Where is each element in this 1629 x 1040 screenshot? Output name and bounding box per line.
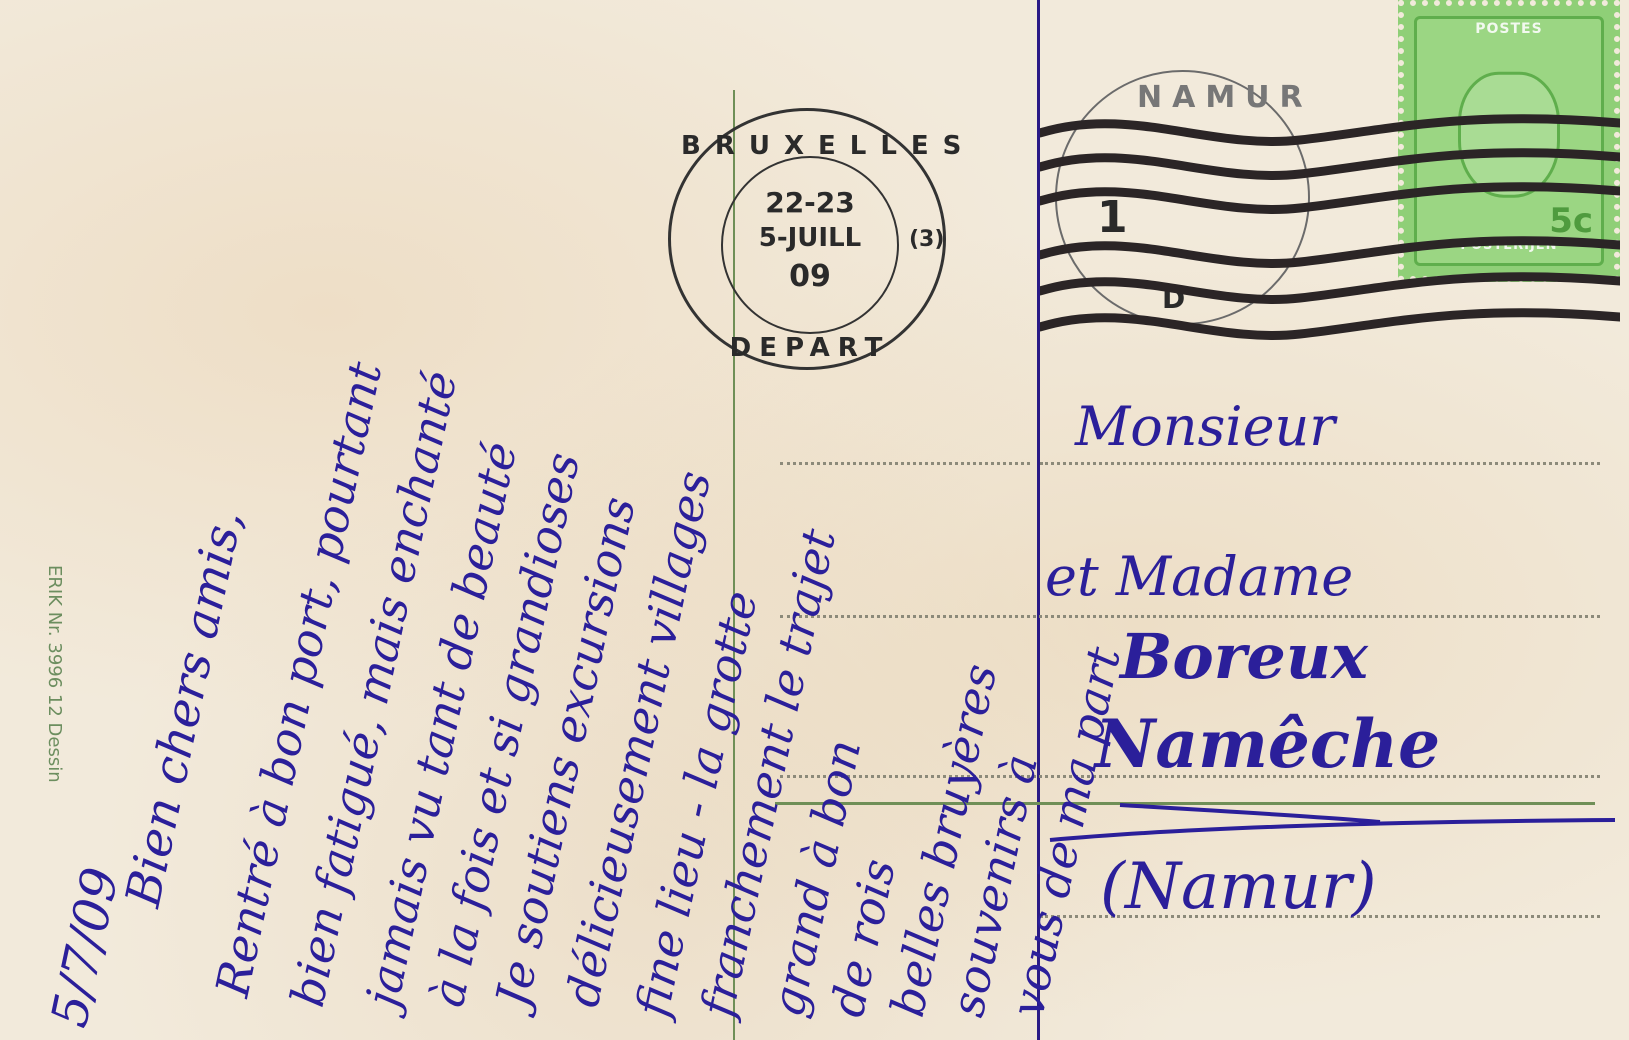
departure-postmark-label: DEPART: [711, 333, 909, 363]
address-line-2: et Madame: [1045, 545, 1353, 608]
address-guide-line-2: [780, 615, 1600, 618]
message-line-1: Bien chers amis,: [115, 505, 254, 911]
address-line-1: Monsieur: [1075, 395, 1335, 458]
address-line-5: (Namur): [1100, 850, 1377, 924]
departure-postmark-office: (3): [909, 227, 944, 252]
departure-postmark-hours: 22-23: [721, 186, 899, 219]
publisher-imprint: ERIK Nr. 3996 12 Dessin: [44, 565, 65, 783]
address-line-3: Boreux: [1120, 620, 1368, 693]
address-flourish-underline-icon: [1040, 800, 1620, 850]
departure-postmark: 22-23 5-JUILL 09 BRUXELLES DEPART (3): [668, 108, 946, 370]
departure-postmark-date: 5-JUILL: [721, 223, 899, 253]
departure-postmark-city: BRUXELLES: [681, 131, 939, 161]
stamp-top-text: POSTES: [1417, 21, 1601, 37]
departure-postmark-year: 09: [721, 259, 899, 294]
address-line-4: Namêche: [1095, 705, 1440, 783]
address-guide-line-1: [1040, 462, 1600, 465]
address-guide-line-left: [780, 462, 1030, 465]
postcard-back: POSTES POSTERIJEN 5c NAMUR 1 D 22-23 5-J…: [0, 0, 1629, 1040]
wavy-cancellation-icon: [1040, 95, 1620, 355]
